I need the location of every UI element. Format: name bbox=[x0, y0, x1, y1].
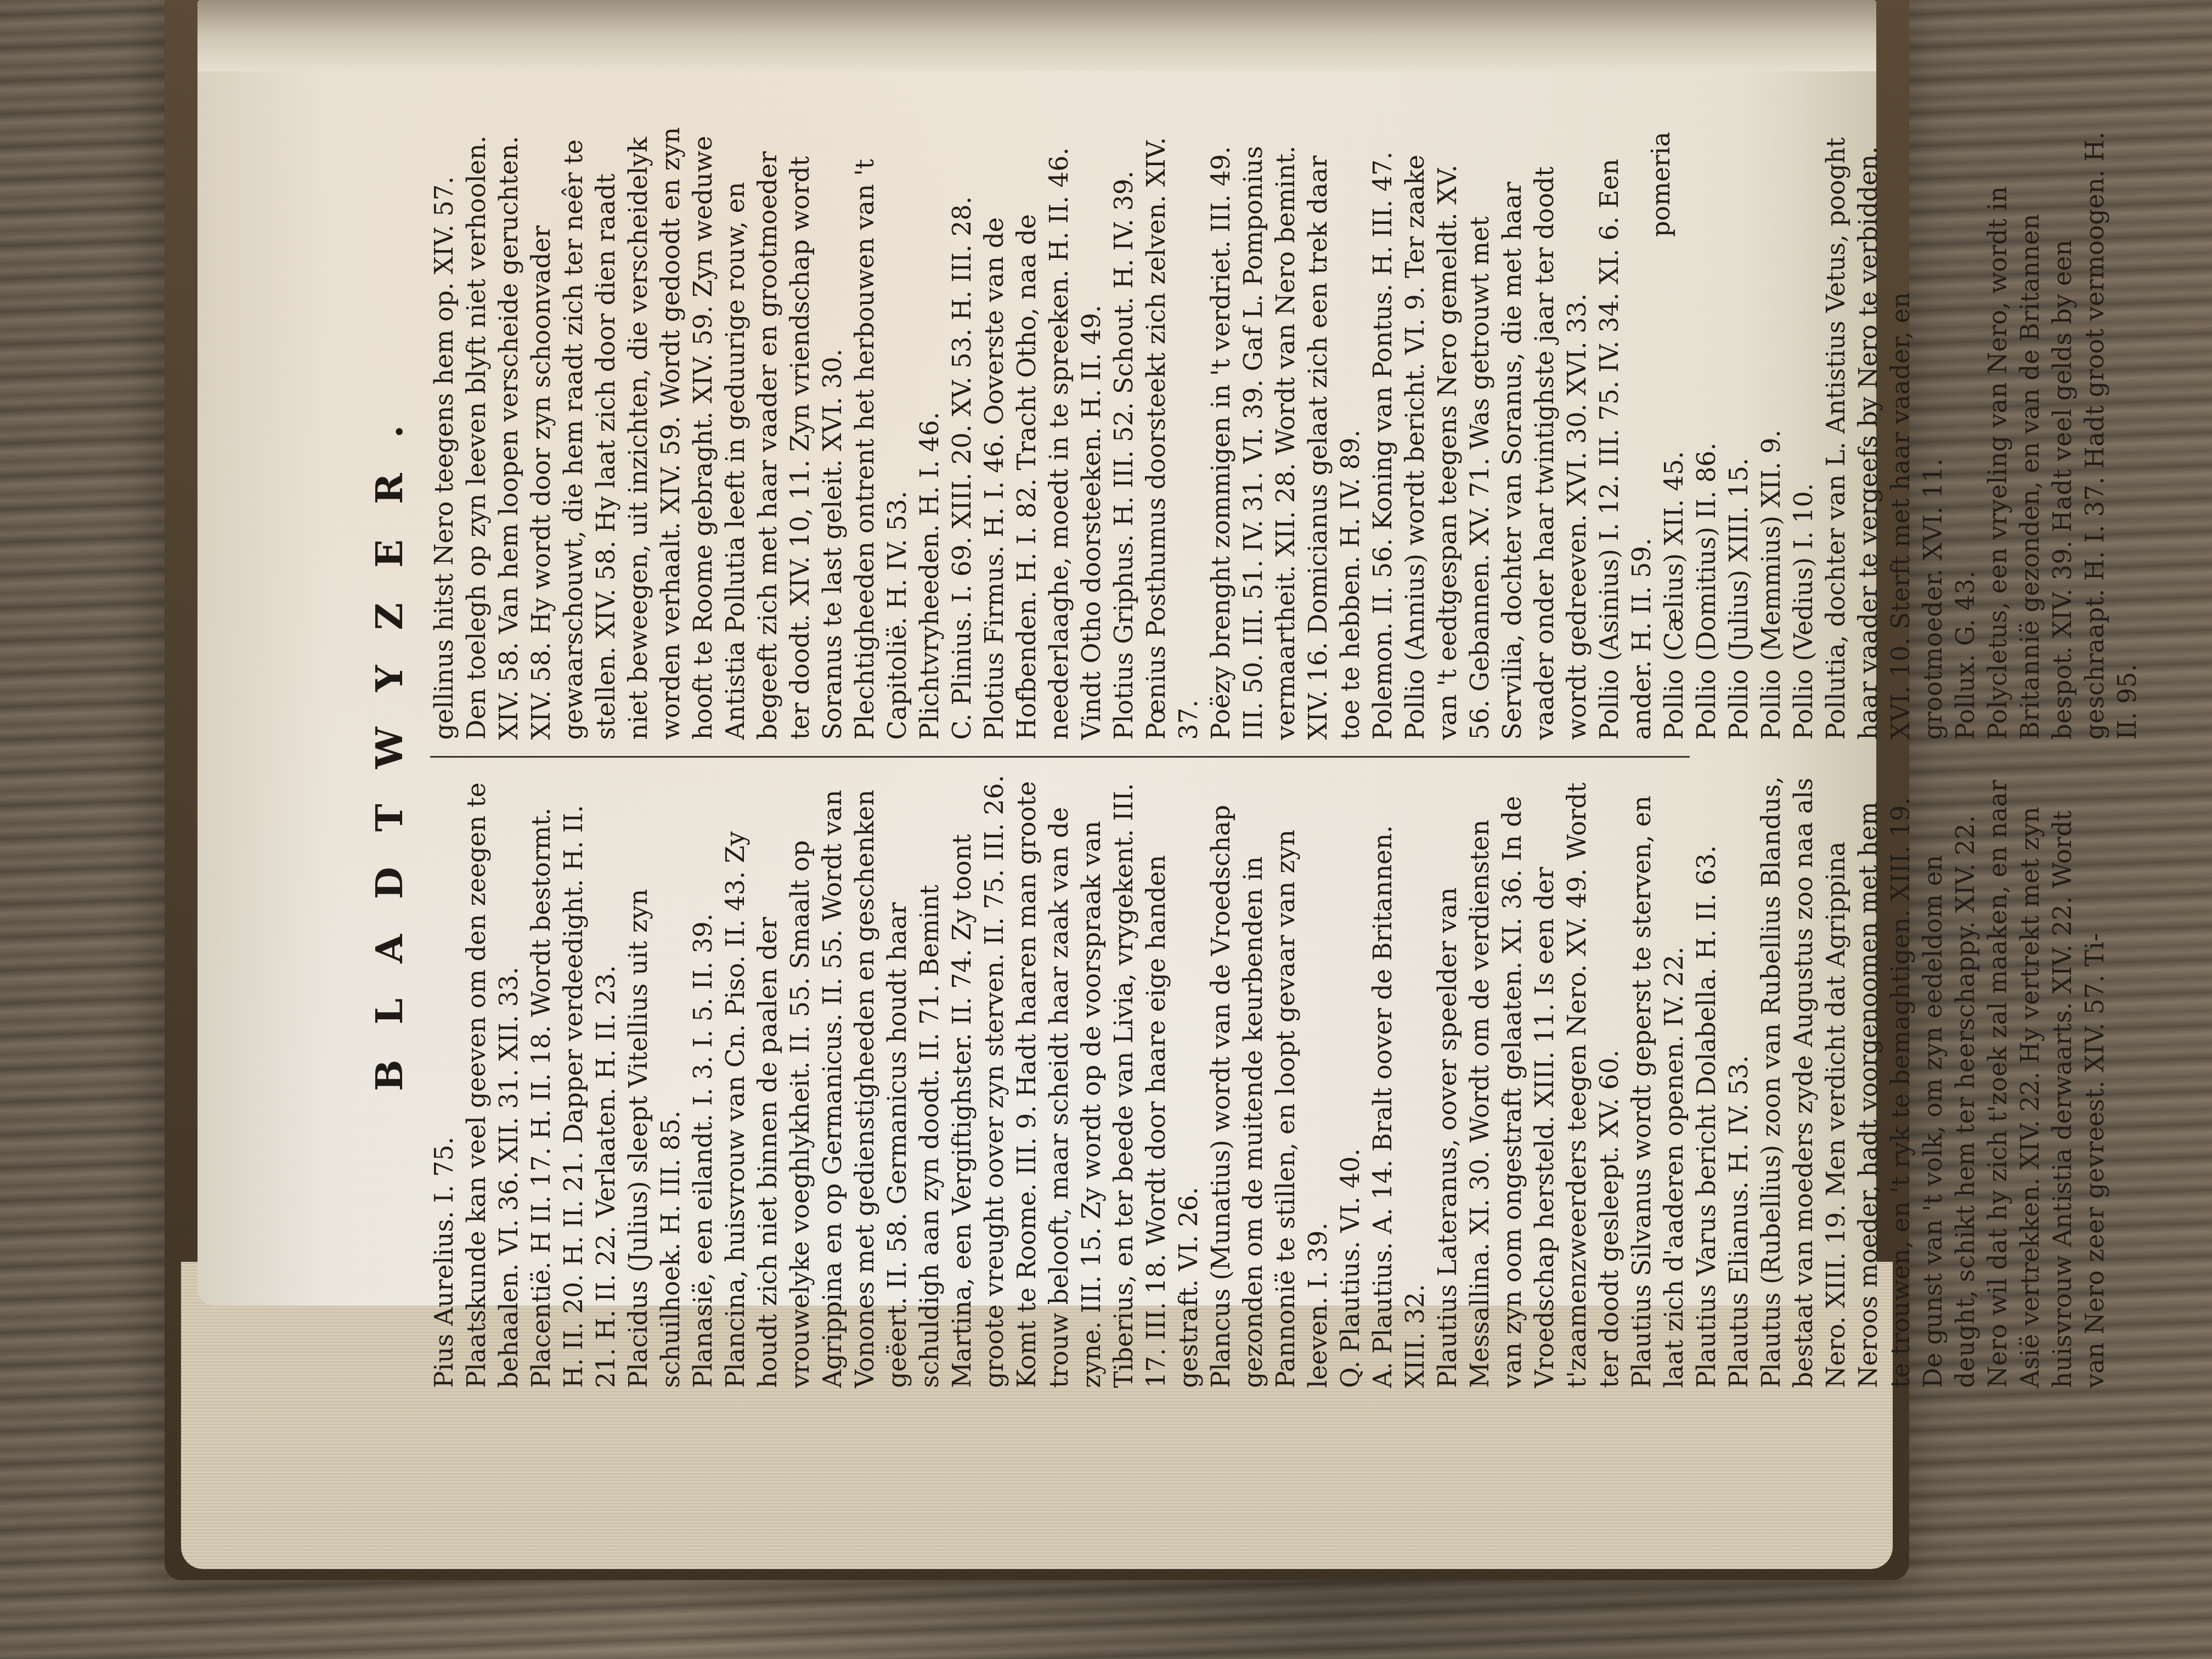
index-entry: Plautius Lateranus, oover speelder van M… bbox=[1431, 775, 1626, 1389]
index-entry: Plaatskunde kan veel geeven om den zeege… bbox=[460, 775, 525, 1389]
left-column: Pius Aurelius. I. 75.Plaatskunde kan vee… bbox=[428, 758, 1690, 1405]
right-column: gellinus hitst Nero teegens hem op. XIV.… bbox=[428, 110, 1690, 757]
index-entry: Plautus Elianus. H. IV. 53. bbox=[1723, 775, 1755, 1389]
index-entry: Planasië, een eilandt. I. 3. I. 5. II. 3… bbox=[687, 775, 719, 1389]
column-divider bbox=[430, 757, 1690, 758]
index-entry: Plancus (Munatius) wordt van de Vroedsch… bbox=[1205, 775, 1334, 1389]
page-title: BLADTWYZER. bbox=[368, 110, 411, 1372]
index-entry: Pollio (Cælius) XII. 45. bbox=[1658, 126, 1690, 740]
index-entry: C. Plinius. I. 69. XIII. 20. XV. 53. H. … bbox=[946, 126, 978, 740]
index-entry: Pollio (Annius) wordt bericht. VI. 9. Te… bbox=[1399, 126, 1593, 740]
index-entry: Polycletus, een vryeling van Nero, wordt… bbox=[1982, 126, 2143, 740]
index-entry: Placentië. H II. 17. H. II. 18. Wordt be… bbox=[525, 775, 622, 1389]
index-entry: Plotius Griphus. H. III. 52. Schout. H. … bbox=[1108, 126, 1140, 740]
index-entry: Placidus (Julius) sleept Vitellius uit z… bbox=[622, 775, 687, 1389]
index-entry: Pollux. G. 43. bbox=[1949, 126, 1982, 740]
index-entry: Polemon. II. 56. Koning van Pontus. H. I… bbox=[1367, 126, 1399, 740]
index-entry: Plancina, huisvrouw van Cn. Piso. II. 43… bbox=[719, 775, 1205, 1389]
index-entry: Plechtigheeden ontrent het herbouwen van… bbox=[849, 126, 913, 740]
index-entry: Plautius Silvanus wordt geperst te sterv… bbox=[1626, 775, 1690, 1389]
index-entry: gellinus hitst Nero teegens hem op. XIV.… bbox=[428, 126, 849, 740]
index-entry: Pollio (Domitius) II. 86. bbox=[1690, 126, 1723, 740]
index-entry: Pollio (Asinius) I. 12. III. 75. IV. 34.… bbox=[1593, 126, 1658, 740]
index-entry: Pollio (Vedius) I. 10. bbox=[1787, 126, 1820, 740]
index-entry: Plotius Firmus. H. I. 46. Ooverste van d… bbox=[978, 126, 1108, 740]
page-gutter bbox=[198, 0, 1876, 71]
index-entry: Poëzy brenght zommigen in 't verdriet. I… bbox=[1205, 126, 1367, 740]
index-entry: Plichtvryheeden. H. I. 46. bbox=[913, 126, 946, 740]
index-entry: Plautus (Rubellius) zoon van Rubellius B… bbox=[1755, 775, 2111, 1389]
index-entry: Pius Aurelius. I. 75. bbox=[428, 775, 460, 1389]
index-entry: Pollio (Julius) XIII. 15. bbox=[1723, 126, 1755, 740]
index-entry: A. Plautius. A. 14. Bralt oover de Brita… bbox=[1367, 775, 1431, 1389]
index-entry: Q. Plautius. VI. 40. bbox=[1334, 775, 1367, 1389]
page-content: BLADTWYZER. Pius Aurelius. I. 75.Plaatsk… bbox=[357, 110, 1794, 1404]
index-entry: Plautius Varus bericht Dolabella. H. II.… bbox=[1690, 775, 1723, 1389]
index-entry: Pollio (Memmius) XII. 9. bbox=[1755, 126, 1787, 740]
index-entry: Pollutia, dochter van L. Antistius Vetus… bbox=[1820, 126, 1949, 740]
index-entry: Pœnius Posthumus doorsteekt zich zelven.… bbox=[1140, 126, 1205, 740]
index-columns: Pius Aurelius. I. 75.Plaatskunde kan vee… bbox=[428, 110, 1690, 1404]
